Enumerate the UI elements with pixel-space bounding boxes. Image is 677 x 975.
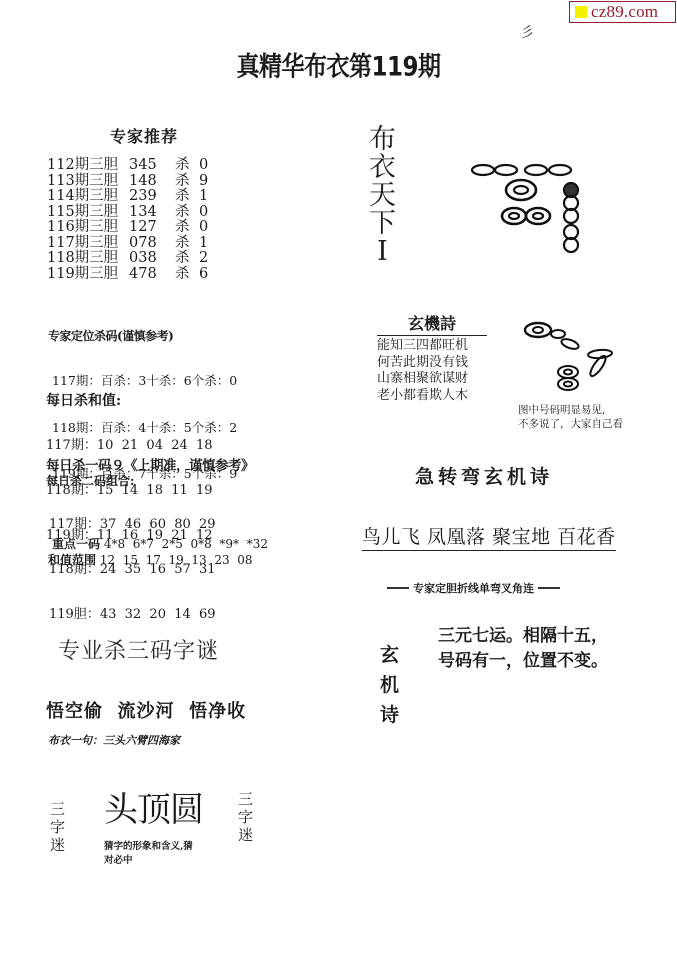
table-row: 112期三胆345杀0 [47, 158, 208, 174]
watermark-badge: cz89.com [569, 1, 676, 23]
riddle-hint: 猜字的形象和含义,猜对必中 [104, 840, 194, 868]
focus-code-label: 重点一码 [52, 537, 100, 551]
sum-range-row: 和值范围 12 15 17 19 13 23 08 [48, 551, 253, 568]
buyi-tianxia-label: 布 衣 天 下 I [369, 126, 396, 266]
poem-line: 山寨相聚欲谋财 [377, 371, 487, 388]
watermark-square-icon [575, 6, 587, 18]
table-row: 115期三胆134杀0 [47, 205, 208, 221]
page-title: 真精华布衣第119期 [0, 46, 677, 84]
table-row: 119期三胆478杀6 [47, 267, 208, 283]
riddle-words: 悟空偷 流沙河 悟净收 [46, 697, 246, 723]
poem-line: 三元七运。相隔十五， [438, 624, 608, 649]
divider [538, 587, 560, 589]
poem-line: 老小都看欺人木 [377, 388, 487, 405]
daily-kill-one: 每日杀一码９《上期准，谨慎参考》 [46, 454, 254, 474]
corner-mark: 彡 [520, 22, 534, 42]
mystery-poem-title: 玄機詩 [377, 311, 487, 336]
xuanji-poem: 三元七运。相隔十五， 号码有一，位置不变。 [438, 624, 608, 674]
figure-caption: 图中号码明显易见, 不多说了，大家自己看 [518, 403, 623, 431]
list-item: 117期：37 46 60 80 29 [49, 517, 216, 532]
side-label-right: 三 字 迷 [238, 790, 253, 844]
table-row: 113期三胆148杀9 [47, 174, 208, 190]
expert-picks-heading: 专家推荐 [110, 124, 178, 147]
mystery-poem-box: 玄機詩 能知三四都旺机 何苦此期没有钱 山寨相聚欲谋财 老小都看欺人木 [377, 311, 487, 404]
table-row: 116期三胆127杀0 [47, 220, 208, 236]
sum-range-values: 12 15 17 19 13 23 08 [96, 553, 252, 567]
table-row: 117期三胆078杀1 [47, 236, 208, 252]
poem-line: 何苦此期没有钱 [377, 355, 487, 372]
focus-code-row: 重点一码 4*8 6*7 2*5 0*8 *9* *32 [52, 535, 268, 552]
divider [387, 587, 409, 589]
list-item: 119胆：43 32 20 14 69 [49, 607, 216, 622]
big-riddle: 头顶圆 [104, 782, 203, 831]
quick-turn-phrases: 鸟儿飞 凤凰落 聚宝地 百花香 [362, 522, 616, 551]
quick-turn-heading: 急转弯玄机诗 [415, 462, 553, 489]
poem-line: 能知三四都旺机 [377, 338, 487, 355]
buyi-sentence: 布衣一句：三头六臂四海家 [48, 732, 180, 748]
table-row: 118期三胆038杀2 [47, 251, 208, 267]
list-item: 117期：10 21 04 24 18 [46, 438, 213, 453]
coin-figure-1 [470, 158, 600, 258]
expert-line: 专家定胆折线单弯叉角连 [383, 580, 564, 596]
riddle-heading: 专业杀三码字谜 [58, 634, 219, 665]
xuanji-side-label: 玄 机 诗 [380, 640, 399, 730]
table-row: 114期三胆239杀1 [47, 189, 208, 205]
coin-figure-2 [520, 318, 640, 398]
list-item: 117期：百杀：3十杀：6个杀：0 [52, 373, 237, 389]
focus-code-values: 4*8 6*7 2*5 0*8 *9* *32 [100, 537, 268, 551]
side-label-left: 三 字 迷 [50, 800, 65, 854]
daily-sum-kill-heading: 每日杀和值: [46, 390, 121, 410]
poem-line: 号码有一，位置不变。 [438, 649, 608, 674]
sum-range-label: 和值范围 [48, 553, 96, 567]
expert-picks-table: 112期三胆345杀0113期三胆148杀9114期三胆239杀1115期三胆1… [47, 158, 208, 282]
watermark-text: cz89.com [591, 2, 658, 22]
